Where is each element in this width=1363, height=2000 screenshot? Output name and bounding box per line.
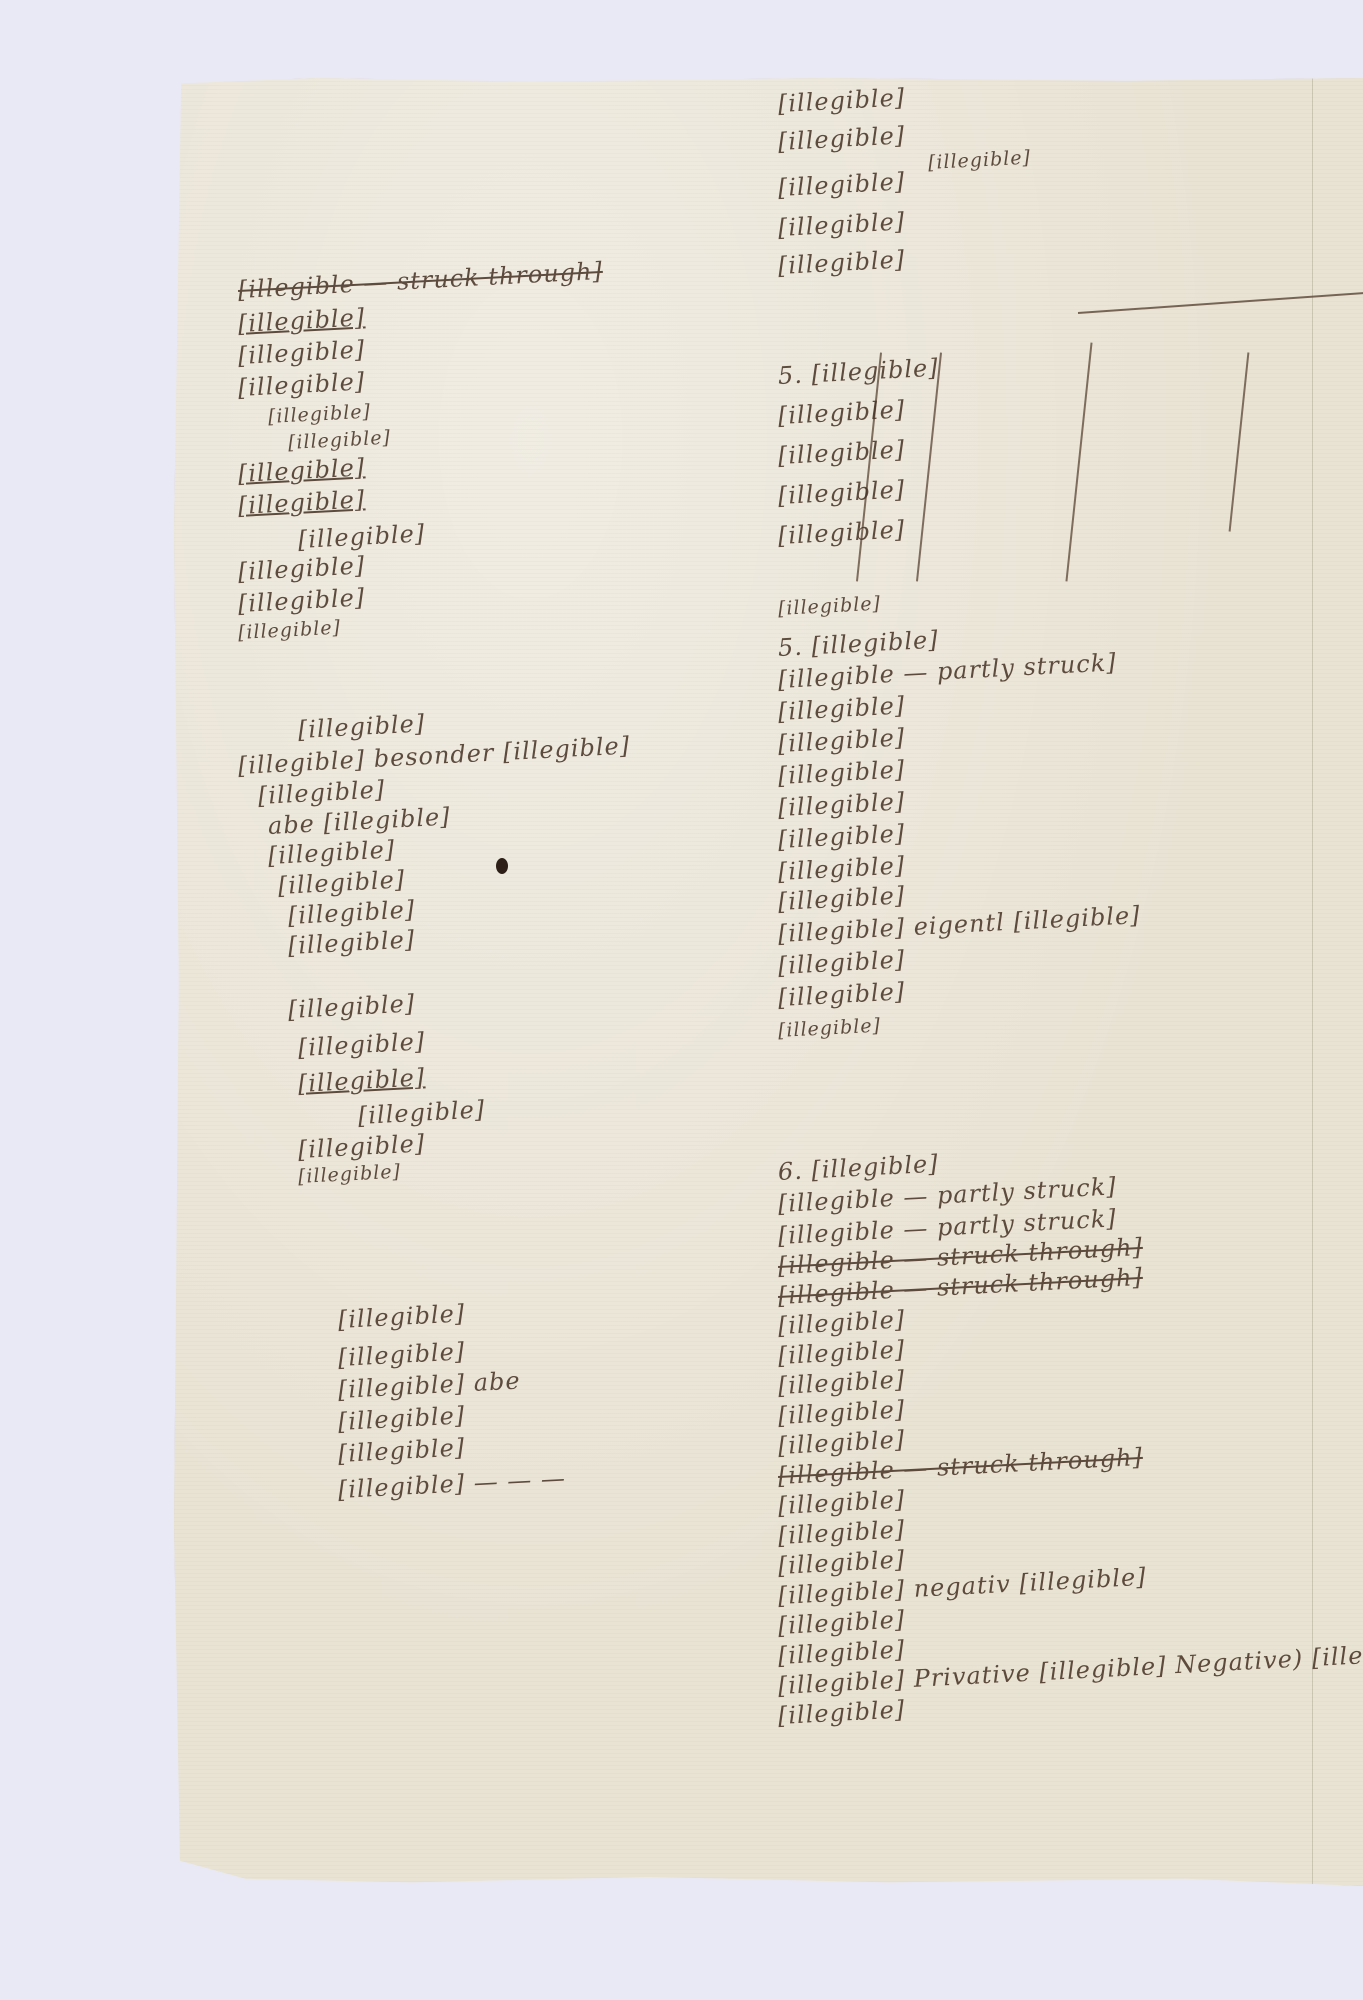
manuscript-line: [illegible] — [777, 121, 906, 156]
manuscript-line: [illegible] — [927, 145, 1055, 174]
left-block-1: [illegible — struck through] [illegible]… — [238, 276, 603, 594]
manuscript-line: [illegible] — [777, 245, 906, 280]
manuscript-line: [illegible] — [357, 1095, 486, 1130]
manuscript-line: [illegible] — [297, 1129, 426, 1164]
manuscript-line: [illegible] — [297, 1159, 425, 1188]
left-block-2: [illegible] [illegible] besonder [illegi… — [238, 716, 631, 940]
manuscript-line: [illegible] — [297, 1027, 426, 1062]
long-dash-stroke — [1078, 292, 1363, 314]
manuscript-line: [illegible] — [777, 207, 906, 242]
right-block-3: 6. [illegible] [illegible — partly struc… — [778, 1158, 1363, 1690]
manuscript-line: [illegible] — [297, 695, 690, 744]
right-block-2: [illegible] 5. [illegible] [illegible — … — [778, 598, 1141, 978]
left-block-3: [illegible] [illegible] [illegible] [ill… — [238, 996, 365, 1158]
manuscript-line: [illegible] — [777, 167, 906, 202]
manuscript-line: [illegible] — [287, 989, 416, 1024]
manuscript-line: [illegible] — [777, 83, 906, 118]
grid-vertical-rule — [856, 353, 882, 582]
manuscript-line: [illegible] — [777, 579, 1141, 620]
right-block-1: [illegible] [illegible] [illegible] [ill… — [778, 90, 905, 252]
paper-stain — [424, 1898, 434, 1906]
manuscript-line: [illegible] — [297, 1063, 426, 1098]
grid-vertical-rule — [916, 353, 942, 582]
manuscript-line: [illegible] — [337, 1294, 566, 1334]
manuscript-line: [illegible] — — — — [337, 1464, 566, 1504]
left-block-4: [illegible] [illegible] [illegible] abe … — [238, 1306, 466, 1474]
manuscript-page: [illegible — struck through] [illegible]… — [174, 78, 1363, 1886]
right-grid-section: 5. [illegible] [illegible] [illegible] [… — [778, 352, 1338, 582]
grid-vertical-rule — [1065, 343, 1092, 582]
